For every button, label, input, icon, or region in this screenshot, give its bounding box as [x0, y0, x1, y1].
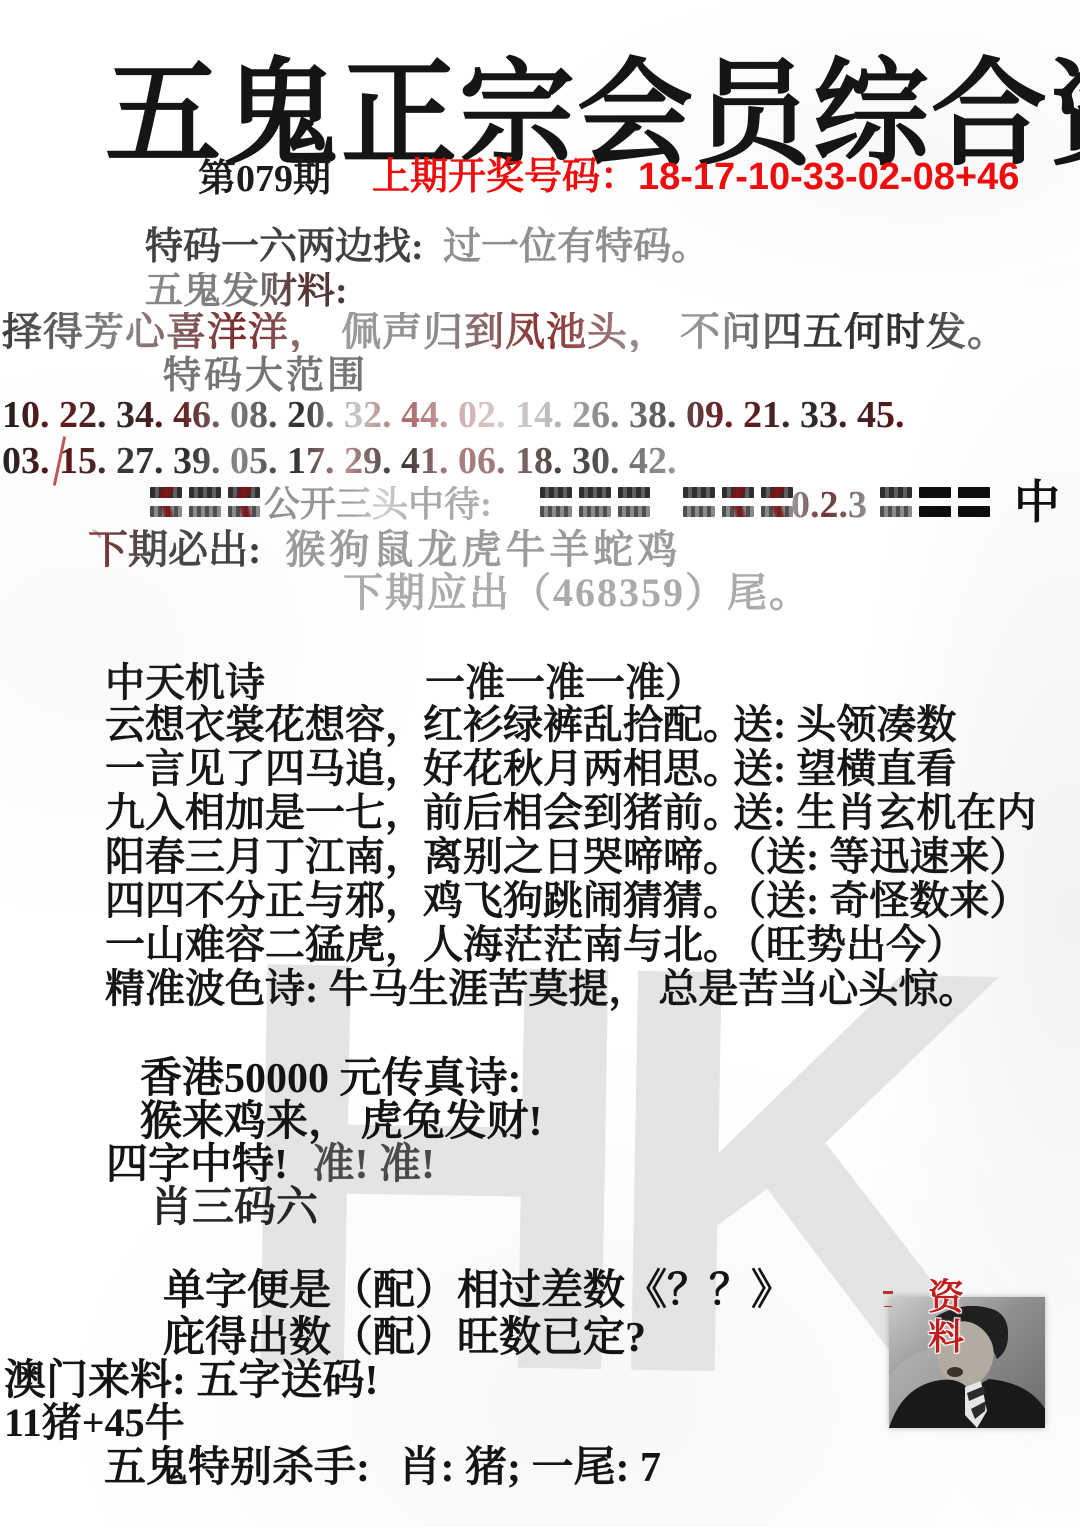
fortune-poem: 择得芳心喜洋洋， 佩声归到凤池头， 不问四五何时发。	[2, 312, 1008, 352]
photo-stamp-text: 资料	[923, 1277, 969, 1358]
fax-title: 香港50000 元传真诗:	[140, 1058, 522, 1100]
poem-line: 好花秋月两相思。	[423, 749, 743, 789]
four-char-value: 准! 准!	[313, 1142, 435, 1188]
next-zodiac-value: 猴狗鼠龙虎牛羊蛇鸡	[285, 527, 681, 572]
last-draw-numbers: 上期开奖号码：18-17-10-33-02-08+46	[372, 158, 1019, 196]
hit-character: 中	[1014, 480, 1060, 526]
sky-poem-title: 中天机诗	[105, 663, 265, 703]
next-tail-line: 下期应出（468359）尾。	[343, 573, 811, 613]
macau-material-line: 澳门来料: 五字送码!	[4, 1360, 378, 1402]
fax-verse: 猴来鸡来， 虎兔发财!	[140, 1101, 543, 1143]
scanned-lottery-sheet: HK 五鬼正宗会员综合资料 第079期 上期开奖号码：18-17-10-33-0…	[0, 0, 1080, 1527]
next-zodiac-label: 下期必出:	[88, 527, 261, 572]
poem-line: 红衫绿裤乱拾配。	[423, 705, 743, 745]
poem-gift: 送: 头领凑数	[733, 705, 956, 745]
poem-line: 云想衣裳花想容，	[105, 705, 425, 745]
poem-gift: （送: 奇怪数来）	[726, 881, 1029, 921]
single-char-line-2: 庇得出数（配）旺数已定?	[163, 1317, 646, 1359]
number-row-2: 03. 15. 27. 39. 05. 17. 29. 41. 06. 18. …	[2, 442, 677, 480]
xiao-line: 肖三码六	[150, 1187, 318, 1229]
poem-line: 阳春三月丁江南，	[105, 837, 425, 877]
issue-number: 第079期	[198, 160, 331, 198]
find-special-label: 特码一六两边找:	[145, 226, 424, 268]
open-three-heads-value: 0.2.3	[791, 486, 867, 524]
poem-line: 鸡飞狗跳闹猜猜。	[423, 881, 743, 921]
redaction-group	[150, 487, 260, 517]
poem-line: 一言见了四马追，	[105, 749, 425, 789]
redaction-group	[540, 487, 650, 517]
sky-poem-subtitle: 一准一准一准）	[425, 663, 705, 703]
killer-value: 肖: 猪; 一尾: 7	[399, 1445, 661, 1491]
redaction-group	[880, 487, 990, 517]
range-label: 特码大范围	[163, 357, 368, 395]
poem-gift: （送: 等迅速来）	[726, 837, 1029, 877]
poem-line: 一山难容二猛虎，	[105, 925, 425, 965]
killer-label: 五鬼特别杀手:	[104, 1445, 370, 1491]
poem-line: 九入相加是一七，	[105, 793, 425, 833]
fortune-label: 五鬼发财料:	[145, 272, 348, 310]
poem-line: 人海茫茫南与北。	[423, 925, 743, 965]
single-char-line-1: 单字便是（配）相过差数《？？》	[163, 1270, 793, 1312]
poem-line: 四四不分正与邪，	[105, 881, 425, 921]
poem-gift: 送: 望横直看	[733, 749, 956, 789]
zodiac-pair-line: 11猪+45牛	[4, 1403, 185, 1443]
poem-line: 离别之日哭啼啼。	[423, 837, 743, 877]
poem-line: 前后相会到猪前。	[423, 793, 743, 833]
poem-gift: 送: 生肖玄机在内	[733, 793, 1036, 833]
open-three-heads-label: 公开三头中待:	[264, 486, 492, 522]
red-edge-marks	[883, 1291, 893, 1294]
poem-gift: （旺势出今）	[726, 925, 966, 965]
find-special-value: 过一位有特码。	[443, 226, 709, 268]
number-row-1: 10. 22. 34. 46. 08. 20. 32. 44. 02. 14. …	[2, 396, 905, 434]
wave-color-poem: 精准波色诗: 牛马生涯苦莫提， 总是苦当心头惊。	[105, 969, 978, 1009]
four-char-label: 四字中特!	[106, 1142, 288, 1188]
redaction-group	[683, 487, 793, 517]
